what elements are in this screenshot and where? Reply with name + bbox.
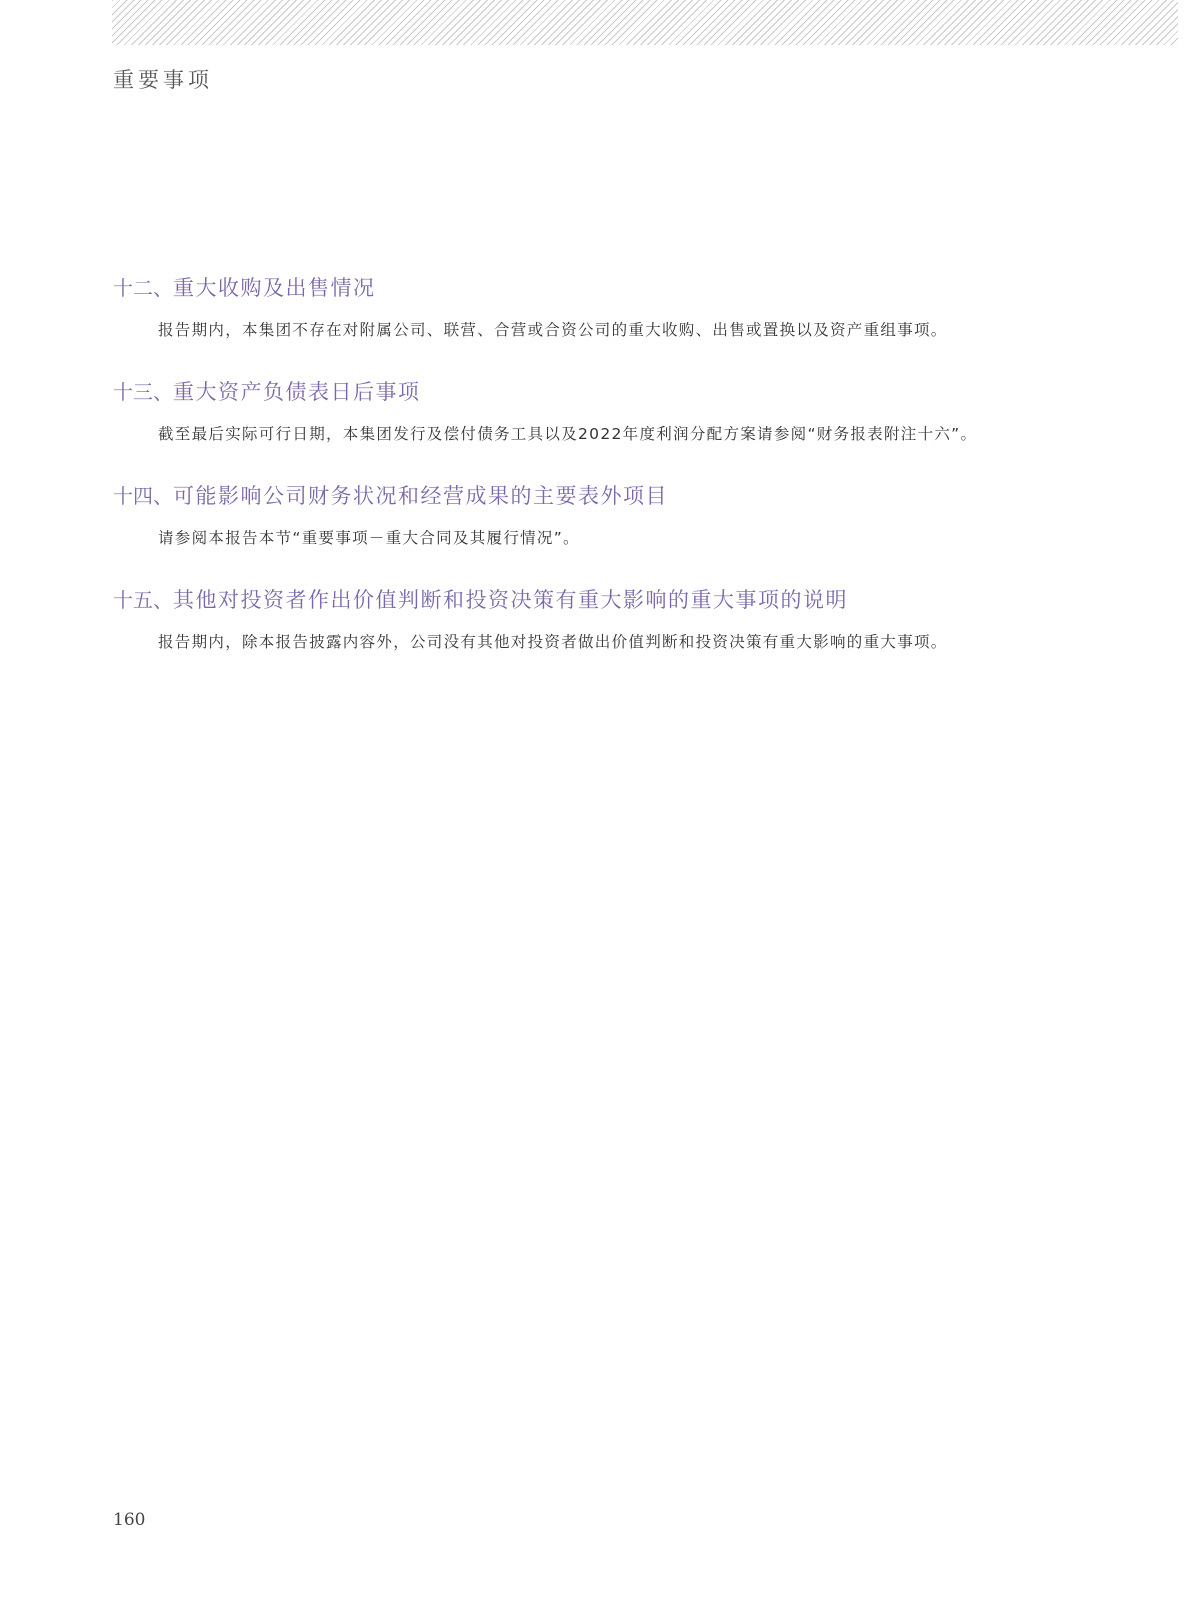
section-number: 十二、 xyxy=(113,276,173,300)
section-body: 报告期内，除本报告披露内容外，公司没有其他对投资者做出价值判断和投资决策有重大影… xyxy=(158,630,948,652)
section-heading: 十五、其他对投资者作出价值判断和投资决策有重大影响的重大事项的说明 xyxy=(113,584,948,614)
section-14: 十四、可能影响公司财务状况和经营成果的主要表外项目 请参阅本报告本节“重要事项－… xyxy=(113,480,668,548)
section-heading: 十三、重大资产负债表日后事项 xyxy=(113,376,977,406)
running-title: 重要事项 xyxy=(113,64,213,94)
section-15: 十五、其他对投资者作出价值判断和投资决策有重大影响的重大事项的说明 报告期内，除… xyxy=(113,584,948,652)
decorative-hatch-banner xyxy=(112,0,1178,45)
section-number: 十五、 xyxy=(113,588,173,612)
page-number: 160 xyxy=(113,1510,145,1530)
section-title: 其他对投资者作出价值判断和投资决策有重大影响的重大事项的说明 xyxy=(173,588,848,612)
section-number: 十四、 xyxy=(113,484,173,508)
section-body: 截至最后实际可行日期，本集团发行及偿付债务工具以及2022年度利润分配方案请参阅… xyxy=(158,422,977,444)
section-number: 十三、 xyxy=(113,380,173,404)
section-title: 重大收购及出售情况 xyxy=(173,276,376,300)
section-heading: 十二、重大收购及出售情况 xyxy=(113,272,948,302)
section-body: 报告期内，本集团不存在对附属公司、联营、合营或合资公司的重大收购、出售或置换以及… xyxy=(158,318,948,340)
section-title: 重大资产负债表日后事项 xyxy=(173,380,421,404)
section-13: 十三、重大资产负债表日后事项 截至最后实际可行日期，本集团发行及偿付债务工具以及… xyxy=(113,376,977,444)
section-12: 十二、重大收购及出售情况 报告期内，本集团不存在对附属公司、联营、合营或合资公司… xyxy=(113,272,948,340)
section-heading: 十四、可能影响公司财务状况和经营成果的主要表外项目 xyxy=(113,480,668,510)
section-title: 可能影响公司财务状况和经营成果的主要表外项目 xyxy=(173,484,668,508)
section-body: 请参阅本报告本节“重要事项－重大合同及其履行情况”。 xyxy=(158,526,668,548)
